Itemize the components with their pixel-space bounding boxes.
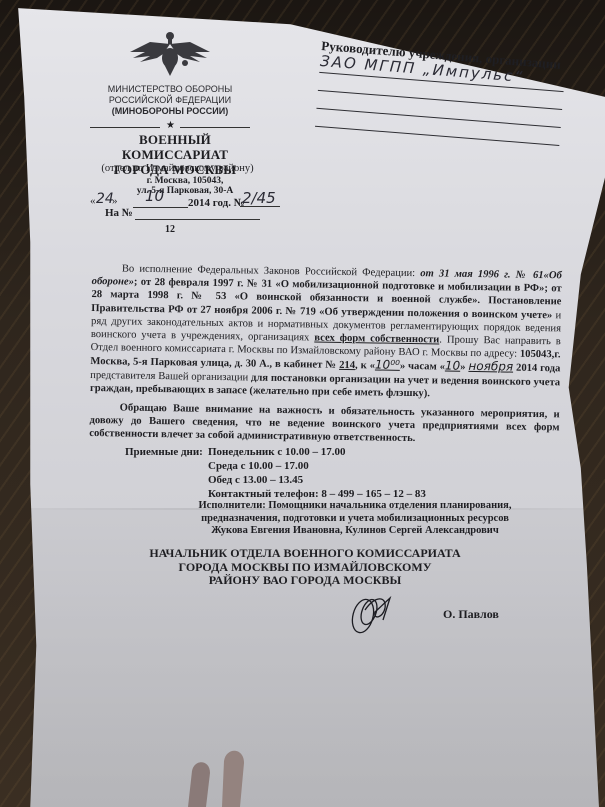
double-headed-eagle-emblem-icon [125,30,215,78]
fingers-holding-paper [160,745,260,807]
department-name: (отдел по Измайловскому району) [90,163,265,174]
header-divider: ★ [90,123,250,131]
star-icon: ★ [166,120,175,131]
official-letter: МИНИСТЕРСТВО ОБОРОНЫ РОССИЙСКОЙ ФЕДЕРАЦИ… [0,0,605,807]
reference-number: На № [105,207,265,219]
paragraph-notice: Обращаю Ваше внимание на важность и обяз… [89,401,560,448]
signatory-title: НАЧАЛЬНИК ОТДЕЛА ВОЕННОГО КОМИССАРИАТА Г… [140,547,470,588]
office-address-line-1: г. Москва, 105043, [110,176,260,186]
paragraph-request: Во исполнение Федеральных Законов Россий… [90,262,562,402]
handwritten-month: 10 [145,187,164,205]
handwritten-signature-icon [345,590,400,636]
reception-schedule: Приемные дни:Понедельник с 10.00 – 17.00… [125,446,545,502]
ministry-name: МИНИСТЕРСТВО ОБОРОНЫ РОССИЙСКОЙ ФЕДЕРАЦИ… [95,84,245,117]
handwritten-doc-number: 2/45 [242,189,276,207]
signatory-name: О. Павлов [443,607,499,622]
addressee-block: Руководителю учреждения, организации ЗАО… [321,38,581,74]
performers-block: Исполнители: Помощники начальника отделе… [170,500,540,538]
page-number: 12 [165,224,175,235]
letter-body: Во исполнение Федеральных Законов Россий… [89,262,562,448]
